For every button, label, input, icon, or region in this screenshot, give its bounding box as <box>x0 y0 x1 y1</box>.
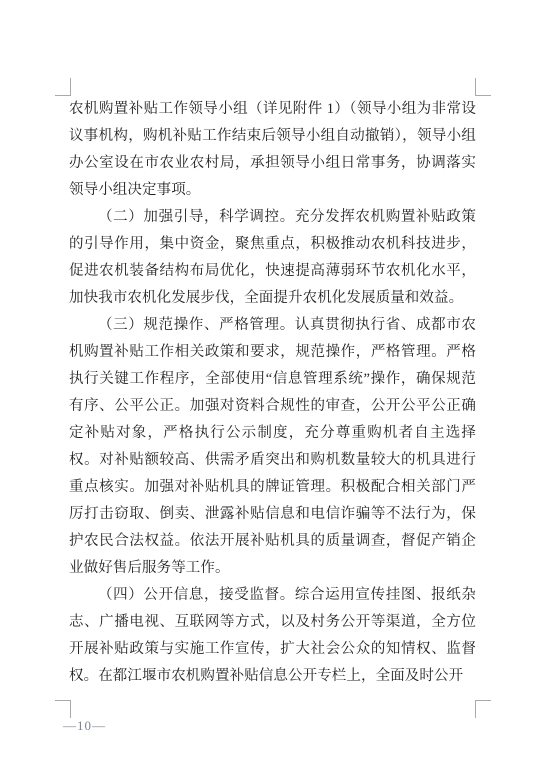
text-boundary-mark-bottom-right <box>475 700 491 718</box>
page-number: —10— <box>63 718 106 734</box>
text-boundary-mark-top-right <box>475 78 491 96</box>
body-paragraph-continuation: 农机购置补贴工作领导小组（详见附件 1）（领导小组为非常设议事机构，购机补贴工作… <box>69 96 476 204</box>
document-body: 农机购置补贴工作领导小组（详见附件 1）（领导小组为非常设议事机构，购机补贴工作… <box>69 96 476 690</box>
document-page: 农机购置补贴工作领导小组（详见附件 1）（领导小组为非常设议事机构，购机补贴工作… <box>0 0 545 775</box>
body-paragraph-item-4: （四）公开信息，接受监督。综合运用宣传挂图、报纸杂志、广播电视、互联网等方式，以… <box>69 582 476 690</box>
body-paragraph-item-3: （三）规范操作、严格管理。认真贯彻执行省、成都市农机购置补贴工作相关政策和要求，… <box>69 312 476 582</box>
text-boundary-mark-top-left <box>55 78 71 96</box>
text-boundary-mark-bottom-left <box>55 700 71 718</box>
body-paragraph-item-2: （二）加强引导，科学调控。充分发挥农机购置补贴政策的引导作用，集中资金，聚焦重点… <box>69 204 476 312</box>
